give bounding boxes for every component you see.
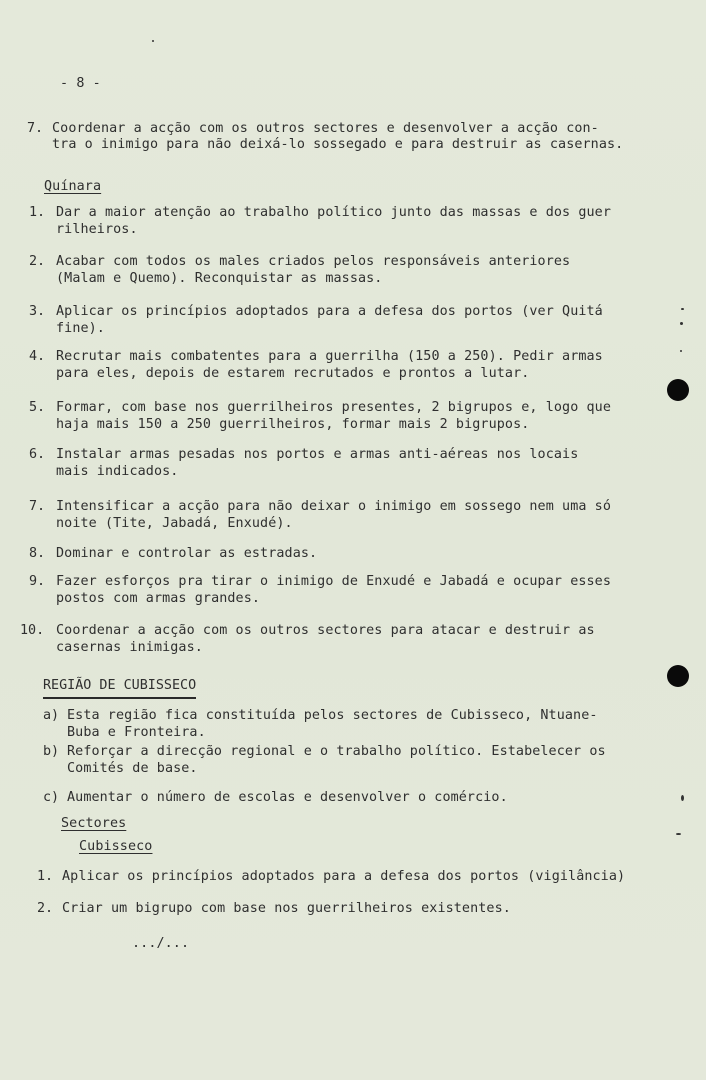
item-number: 7. bbox=[27, 119, 43, 139]
item-line: noite (Tite, Jabadá, Enxudé). bbox=[56, 514, 293, 534]
section-title-quinara: Quínara bbox=[44, 177, 101, 197]
scan-speck bbox=[681, 308, 684, 310]
section-title-cubisseco-region: REGIÃO DE CUBISSECO bbox=[43, 676, 196, 699]
scan-speck bbox=[680, 350, 682, 352]
item-line: fine). bbox=[56, 319, 105, 339]
scan-speck bbox=[152, 40, 154, 42]
item-number: 10. bbox=[20, 621, 44, 641]
item-line: Aumentar o número de escolas e desenvolv… bbox=[67, 788, 508, 808]
item-number: a) bbox=[43, 706, 59, 726]
document-page: - 8 - 7. Coordenar a acção com os outros… bbox=[0, 0, 706, 1080]
item-number: 3. bbox=[29, 302, 45, 322]
page-number: - 8 - bbox=[60, 74, 101, 94]
item-number: 4. bbox=[29, 347, 45, 367]
item-number: 6. bbox=[29, 445, 45, 465]
item-line: Comités de base. bbox=[67, 759, 198, 779]
item-line: (Malam e Quemo). Reconquistar as massas. bbox=[56, 269, 382, 289]
item-number: 2. bbox=[37, 899, 53, 919]
sectors-title: Sectores bbox=[61, 814, 126, 834]
item-line: postos com armas grandes. bbox=[56, 589, 260, 609]
item-number: 1. bbox=[29, 203, 45, 223]
punch-hole bbox=[667, 665, 689, 687]
item-number: c) bbox=[43, 788, 59, 808]
item-line: tra o inimigo para não deixá-lo sossegad… bbox=[52, 135, 623, 155]
sector-name: Cubisseco bbox=[79, 837, 152, 857]
item-line: haja mais 150 a 250 guerrilheiros, forma… bbox=[56, 415, 529, 435]
scan-speck bbox=[680, 322, 683, 325]
item-number: 8. bbox=[29, 544, 45, 564]
item-line: casernas inimigas. bbox=[56, 638, 203, 658]
punch-hole bbox=[667, 379, 689, 401]
item-number: b) bbox=[43, 742, 59, 762]
item-line: Aplicar os princípios adoptados para a d… bbox=[56, 302, 603, 322]
scan-speck bbox=[676, 833, 681, 835]
item-line: mais indicados. bbox=[56, 462, 178, 482]
item-line: Dominar e controlar as estradas. bbox=[56, 544, 317, 564]
item-number: 1. bbox=[37, 867, 53, 887]
item-line: Aplicar os princípios adoptados para a d… bbox=[62, 867, 625, 887]
scan-speck bbox=[681, 795, 684, 801]
item-line: rilheiros. bbox=[56, 220, 138, 240]
item-line: Buba e Fronteira. bbox=[67, 723, 206, 743]
item-line: Dar a maior atenção ao trabalho político… bbox=[56, 203, 611, 223]
item-line: Criar um bigrupo com base nos guerrilhei… bbox=[62, 899, 511, 919]
continuation-mark: .../... bbox=[132, 934, 189, 954]
item-number: 7. bbox=[29, 497, 45, 517]
item-number: 5. bbox=[29, 398, 45, 418]
item-number: 9. bbox=[29, 572, 45, 592]
item-number: 2. bbox=[29, 252, 45, 272]
item-line: para eles, depois de estarem recrutados … bbox=[56, 364, 529, 384]
